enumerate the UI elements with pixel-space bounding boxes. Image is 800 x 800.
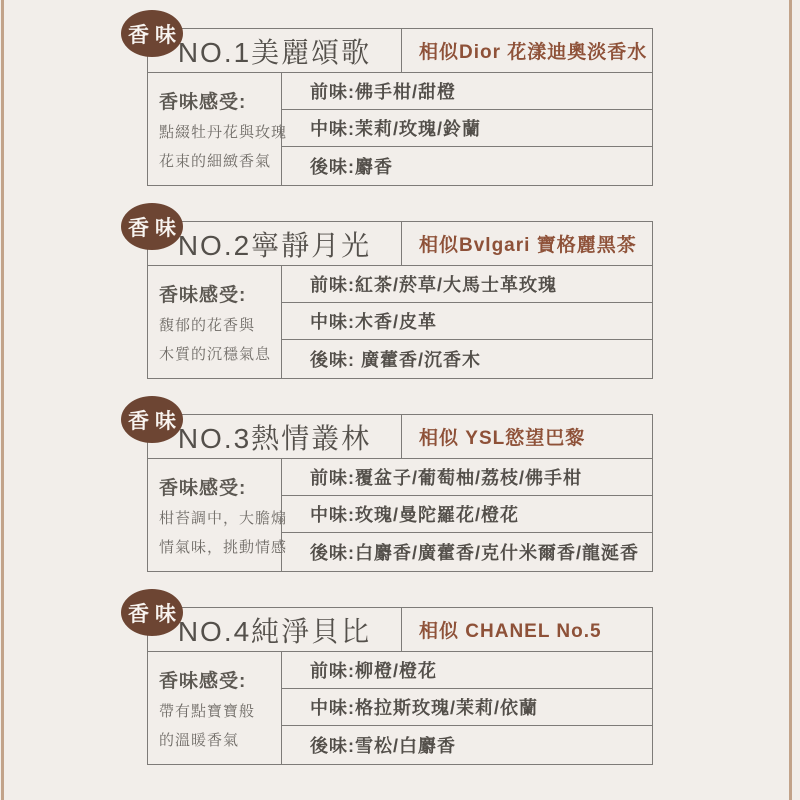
similar-perfume: 相似 YSL慾望巴黎 bbox=[419, 423, 585, 450]
similar-perfume: 相似Dior 花漾迪奧淡香水 bbox=[419, 37, 647, 64]
badge-label: 香味 bbox=[122, 405, 182, 435]
notes-column: 前味:柳橙/橙花 中味:格拉斯玫瑰/茉莉/依蘭 後味:雪松/白麝香 bbox=[282, 652, 652, 764]
feel-description-line: 花束的細緻香氣 bbox=[159, 147, 277, 176]
fragrance-section-4: 香味 NO.4純淨貝比 相似 CHANEL No.5 香味感受: 帶有點寶寶般 … bbox=[147, 607, 653, 765]
fragrance-badge: 香味 bbox=[121, 589, 183, 636]
top-notes-row: 前味:紅茶/菸草/大馬士革玫瑰 bbox=[282, 266, 652, 303]
card-header: NO.3熱情叢林 相似 YSL慾望巴黎 bbox=[148, 415, 652, 459]
middle-notes-row: 中味:玫瑰/曼陀羅花/橙花 bbox=[282, 496, 652, 533]
notes-column: 前味:紅茶/菸草/大馬士革玫瑰 中味:木香/皮革 後味: 廣藿香/沉香木 bbox=[282, 266, 652, 378]
feel-label: 香味感受: bbox=[159, 280, 277, 307]
similar-cell: 相似 YSL慾望巴黎 bbox=[402, 415, 652, 458]
top-notes: 前味:柳橙/橙花 bbox=[310, 657, 437, 683]
card-header: NO.2寧靜月光 相似Bvlgari 寶格麗黑茶 bbox=[148, 222, 652, 266]
notes-column: 前味:覆盆子/葡萄柚/荔枝/佛手柑 中味:玫瑰/曼陀羅花/橙花 後味:白麝香/廣… bbox=[282, 459, 652, 571]
fragrance-badge: 香味 bbox=[121, 396, 183, 443]
fragrance-title: NO.4純淨貝比 bbox=[178, 610, 371, 650]
card-body: 香味感受: 馥郁的花香與 木質的沉穩氣息 前味:紅茶/菸草/大馬士革玫瑰 中味:… bbox=[148, 266, 652, 378]
badge-label: 香味 bbox=[122, 212, 182, 242]
middle-notes-row: 中味:茉莉/玫瑰/鈴蘭 bbox=[282, 110, 652, 147]
title-cell: NO.3熱情叢林 bbox=[148, 415, 402, 458]
feel-description-line: 情氣味，挑動情感 bbox=[159, 533, 277, 562]
top-notes: 前味:覆盆子/葡萄柚/荔枝/佛手柑 bbox=[310, 464, 582, 490]
feel-cell: 香味感受: 帶有點寶寶般 的溫暖香氣 bbox=[148, 652, 282, 764]
similar-cell: 相似Dior 花漾迪奧淡香水 bbox=[402, 29, 652, 72]
fragrance-section-3: 香味 NO.3熱情叢林 相似 YSL慾望巴黎 香味感受: 柑苔調中，大膽煽 情氣… bbox=[147, 414, 653, 572]
feel-label: 香味感受: bbox=[159, 473, 277, 500]
fragrance-section-1: 香味 NO.1美麗頌歌 相似Dior 花漾迪奧淡香水 香味感受: 點綴牡丹花與玫… bbox=[147, 28, 653, 186]
fragrance-card: NO.4純淨貝比 相似 CHANEL No.5 香味感受: 帶有點寶寶般 的溫暖… bbox=[147, 607, 653, 765]
feel-cell: 香味感受: 點綴牡丹花與玫瑰 花束的細緻香氣 bbox=[148, 73, 282, 185]
feel-description-line: 帶有點寶寶般 bbox=[159, 697, 277, 726]
fragrance-info-page: 香味 NO.1美麗頌歌 相似Dior 花漾迪奧淡香水 香味感受: 點綴牡丹花與玫… bbox=[0, 0, 800, 765]
fragrance-title: NO.2寧靜月光 bbox=[178, 224, 371, 264]
fragrance-title: NO.3熱情叢林 bbox=[178, 417, 371, 457]
fragrance-card: NO.1美麗頌歌 相似Dior 花漾迪奧淡香水 香味感受: 點綴牡丹花與玫瑰 花… bbox=[147, 28, 653, 186]
fragrance-card: NO.3熱情叢林 相似 YSL慾望巴黎 香味感受: 柑苔調中，大膽煽 情氣味，挑… bbox=[147, 414, 653, 572]
card-header: NO.1美麗頌歌 相似Dior 花漾迪奧淡香水 bbox=[148, 29, 652, 73]
feel-description-line: 木質的沉穩氣息 bbox=[159, 340, 277, 369]
similar-cell: 相似 CHANEL No.5 bbox=[402, 608, 652, 651]
feel-description-line: 點綴牡丹花與玫瑰 bbox=[159, 118, 277, 147]
fragrance-badge: 香味 bbox=[121, 203, 183, 250]
top-notes-row: 前味:佛手柑/甜橙 bbox=[282, 73, 652, 110]
badge-label: 香味 bbox=[122, 19, 182, 49]
feel-label: 香味感受: bbox=[159, 666, 277, 693]
card-body: 香味感受: 點綴牡丹花與玫瑰 花束的細緻香氣 前味:佛手柑/甜橙 中味:茉莉/玫… bbox=[148, 73, 652, 185]
middle-notes-row: 中味:格拉斯玫瑰/茉莉/依蘭 bbox=[282, 689, 652, 726]
similar-perfume: 相似Bvlgari 寶格麗黑茶 bbox=[419, 230, 637, 257]
feel-description-line: 馥郁的花香與 bbox=[159, 311, 277, 340]
top-notes-row: 前味:覆盆子/葡萄柚/荔枝/佛手柑 bbox=[282, 459, 652, 496]
badge-label: 香味 bbox=[122, 598, 182, 628]
title-cell: NO.2寧靜月光 bbox=[148, 222, 402, 265]
base-notes: 後味:白麝香/廣藿香/克什米爾香/龍涎香 bbox=[310, 539, 639, 565]
feel-description-line: 的溫暖香氣 bbox=[159, 726, 277, 755]
top-notes: 前味:紅茶/菸草/大馬士革玫瑰 bbox=[310, 271, 557, 297]
fragrance-card: NO.2寧靜月光 相似Bvlgari 寶格麗黑茶 香味感受: 馥郁的花香與 木質… bbox=[147, 221, 653, 379]
base-notes: 後味:麝香 bbox=[310, 153, 393, 179]
base-notes-row: 後味:麝香 bbox=[282, 147, 652, 185]
base-notes-row: 後味: 廣藿香/沉香木 bbox=[282, 340, 652, 378]
fragrance-badge: 香味 bbox=[121, 10, 183, 57]
base-notes: 後味:雪松/白麝香 bbox=[310, 732, 456, 758]
feel-cell: 香味感受: 馥郁的花香與 木質的沉穩氣息 bbox=[148, 266, 282, 378]
base-notes-row: 後味:白麝香/廣藿香/克什米爾香/龍涎香 bbox=[282, 533, 652, 571]
top-notes: 前味:佛手柑/甜橙 bbox=[310, 78, 456, 104]
base-notes-row: 後味:雪松/白麝香 bbox=[282, 726, 652, 764]
middle-notes: 中味:木香/皮革 bbox=[310, 308, 437, 334]
notes-column: 前味:佛手柑/甜橙 中味:茉莉/玫瑰/鈴蘭 後味:麝香 bbox=[282, 73, 652, 185]
base-notes: 後味: 廣藿香/沉香木 bbox=[310, 346, 481, 372]
middle-notes-row: 中味:木香/皮革 bbox=[282, 303, 652, 340]
top-notes-row: 前味:柳橙/橙花 bbox=[282, 652, 652, 689]
feel-description-line: 柑苔調中，大膽煽 bbox=[159, 504, 277, 533]
title-cell: NO.1美麗頌歌 bbox=[148, 29, 402, 72]
fragrance-title: NO.1美麗頌歌 bbox=[178, 31, 371, 71]
fragrance-section-2: 香味 NO.2寧靜月光 相似Bvlgari 寶格麗黑茶 香味感受: 馥郁的花香與… bbox=[147, 221, 653, 379]
similar-perfume: 相似 CHANEL No.5 bbox=[419, 616, 602, 643]
similar-cell: 相似Bvlgari 寶格麗黑茶 bbox=[402, 222, 652, 265]
card-body: 香味感受: 帶有點寶寶般 的溫暖香氣 前味:柳橙/橙花 中味:格拉斯玫瑰/茉莉/… bbox=[148, 652, 652, 764]
card-header: NO.4純淨貝比 相似 CHANEL No.5 bbox=[148, 608, 652, 652]
middle-notes: 中味:茉莉/玫瑰/鈴蘭 bbox=[310, 115, 481, 141]
title-cell: NO.4純淨貝比 bbox=[148, 608, 402, 651]
feel-label: 香味感受: bbox=[159, 87, 277, 114]
card-body: 香味感受: 柑苔調中，大膽煽 情氣味，挑動情感 前味:覆盆子/葡萄柚/荔枝/佛手… bbox=[148, 459, 652, 571]
feel-cell: 香味感受: 柑苔調中，大膽煽 情氣味，挑動情感 bbox=[148, 459, 282, 571]
middle-notes: 中味:格拉斯玫瑰/茉莉/依蘭 bbox=[310, 694, 538, 720]
middle-notes: 中味:玫瑰/曼陀羅花/橙花 bbox=[310, 501, 519, 527]
